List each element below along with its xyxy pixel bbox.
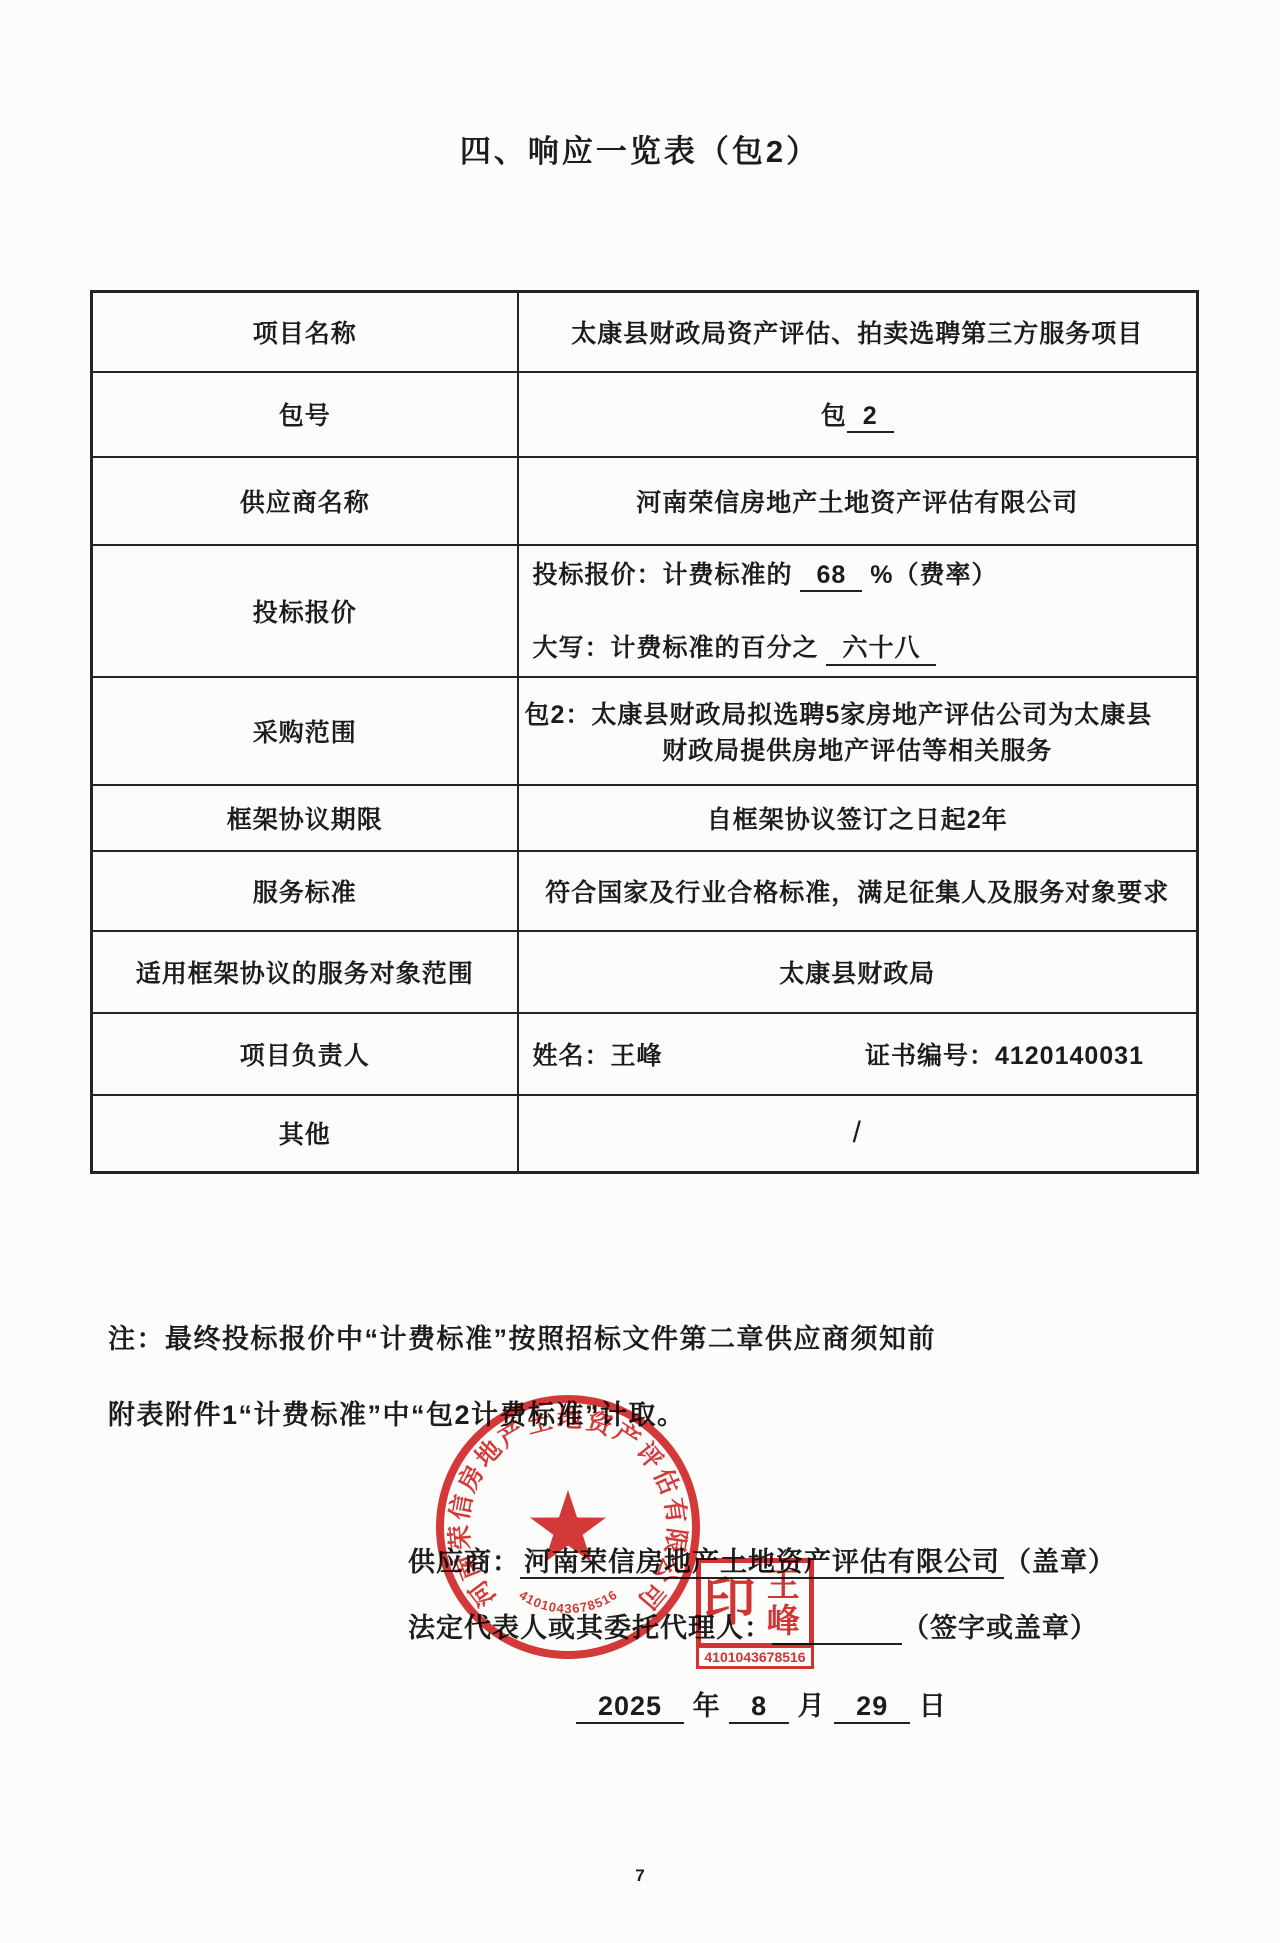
- personal-seal-box: 印 王 峰: [696, 1558, 814, 1648]
- package-number-underlined: 2: [847, 402, 894, 433]
- procurement-scope-line1: 包2：太康县财政局拟选聘5家房地产评估公司为太康县: [525, 695, 1191, 731]
- personal-seal-number: 4101043678516: [696, 1648, 814, 1669]
- table-row-bid-price: 投标报价 投标报价：计费标准的 68 %（费率） 大写：计费标准的百分之 六十八: [92, 545, 1198, 677]
- package-number-value: 包2: [518, 372, 1198, 457]
- personal-seal-stamp: 印 王 峰 4101043678516: [696, 1558, 814, 1669]
- table-row-other: 其他 /: [92, 1095, 1198, 1173]
- company-seal: 河南荣信房地产土地资产评估有限公司 4101043678516: [432, 1391, 704, 1663]
- supplier-name-value: 河南荣信房地产土地资产评估有限公司: [518, 457, 1198, 545]
- bid-rate-suffix: %（费率）: [870, 561, 997, 589]
- date-year: 2025: [576, 1691, 684, 1724]
- service-target-value: 太康县财政局: [518, 931, 1198, 1013]
- table-row-package-number: 包号 包2: [92, 372, 1198, 457]
- project-name-label: 项目名称: [92, 292, 518, 372]
- project-manager-cell: 姓名：王峰 证书编号：4120140031: [525, 1036, 1191, 1072]
- project-manager-label: 项目负责人: [92, 1013, 518, 1095]
- table-row-project-name: 项目名称 太康县财政局资产评估、拍卖选聘第三方服务项目: [92, 292, 1198, 372]
- procurement-scope-line2: 财政局提供房地产评估等相关服务: [525, 731, 1191, 767]
- project-manager-cert: 证书编号：4120140031: [865, 1036, 1144, 1072]
- date-month: 8: [729, 1691, 789, 1724]
- star-icon: [530, 1490, 606, 1562]
- bid-price-line1: 投标报价：计费标准的 68 %（费率）: [525, 555, 1191, 592]
- page-number: 7: [0, 1866, 1280, 1886]
- bid-rate-prefix: 投标报价：计费标准的: [533, 561, 793, 589]
- other-value: /: [518, 1095, 1198, 1173]
- page-title: 四、响应一览表（包2）: [0, 126, 1280, 171]
- table-row-service-target: 适用框架协议的服务对象范围 太康县财政局: [92, 931, 1198, 1013]
- personal-seal-chars-right: 王 峰: [758, 1563, 809, 1643]
- svg-text:4101043678516: 4101043678516: [516, 1587, 620, 1616]
- note-line1: 注：最终投标报价中“计费标准”按照招标文件第二章供应商须知前: [108, 1322, 948, 1356]
- bid-price-line2: 大写：计费标准的百分之 六十八: [525, 628, 1191, 666]
- table-row-agreement-term: 框架协议期限 自框架协议签订之日起2年: [92, 785, 1198, 851]
- table-row-supplier-name: 供应商名称 河南荣信房地产土地资产评估有限公司: [92, 457, 1198, 545]
- service-target-label: 适用框架协议的服务对象范围: [92, 931, 518, 1013]
- other-label: 其他: [92, 1095, 518, 1173]
- service-standard-label: 服务标准: [92, 851, 518, 931]
- project-name-value: 太康县财政局资产评估、拍卖选聘第三方服务项目: [518, 292, 1198, 372]
- agreement-term-value: 自框架协议签订之日起2年: [518, 785, 1198, 851]
- service-standard-value: 符合国家及行业合格标准，满足征集人及服务对象要求: [518, 851, 1198, 931]
- agreement-term-label: 框架协议期限: [92, 785, 518, 851]
- personal-seal-char-bottom: 峰: [767, 1603, 800, 1639]
- document-page: 四、响应一览表（包2） 项目名称 太康县财政局资产评估、拍卖选聘第三方服务项目 …: [0, 0, 1280, 1943]
- table-row-service-standard: 服务标准 符合国家及行业合格标准，满足征集人及服务对象要求: [92, 851, 1198, 931]
- table-row-project-manager: 项目负责人 姓名：王峰 证书编号：4120140031: [92, 1013, 1198, 1095]
- personal-seal-char-top: 王: [767, 1567, 800, 1603]
- procurement-scope-label: 采购范围: [92, 677, 518, 785]
- representative-sign-hint: （签字或盖章）: [902, 1613, 1098, 1643]
- seal-number-arc: 4101043678516: [516, 1587, 620, 1616]
- personal-seal-char-left: 印: [701, 1563, 758, 1643]
- project-manager-name: 姓名：王峰: [525, 1036, 663, 1072]
- bid-words-value: 六十八: [826, 628, 936, 666]
- bid-price-value: 投标报价：计费标准的 68 %（费率） 大写：计费标准的百分之 六十八: [518, 545, 1198, 677]
- other-slash: /: [853, 1116, 862, 1149]
- supplier-seal-hint: （盖章）: [1004, 1547, 1116, 1577]
- date-day: 29: [834, 1691, 910, 1724]
- date-day-unit: 日: [919, 1691, 947, 1721]
- date-line: 2025 年 8 月 29 日: [576, 1684, 947, 1724]
- package-prefix: 包: [821, 402, 847, 430]
- bid-rate-number: 68: [800, 561, 862, 592]
- procurement-scope-value: 包2：太康县财政局拟选聘5家房地产评估公司为太康县 财政局提供房地产评估等相关服…: [518, 677, 1198, 785]
- project-manager-value: 姓名：王峰 证书编号：4120140031: [518, 1013, 1198, 1095]
- table-row-procurement-scope: 采购范围 包2：太康县财政局拟选聘5家房地产评估公司为太康县 财政局提供房地产评…: [92, 677, 1198, 785]
- supplier-name-label: 供应商名称: [92, 457, 518, 545]
- response-summary-table: 项目名称 太康县财政局资产评估、拍卖选聘第三方服务项目 包号 包2 供应商名称 …: [90, 290, 1199, 1174]
- package-number-label: 包号: [92, 372, 518, 457]
- bid-price-label: 投标报价: [92, 545, 518, 677]
- bid-words-prefix: 大写：计费标准的百分之: [533, 634, 819, 662]
- date-year-unit: 年: [693, 1691, 721, 1721]
- date-month-unit: 月: [798, 1691, 826, 1721]
